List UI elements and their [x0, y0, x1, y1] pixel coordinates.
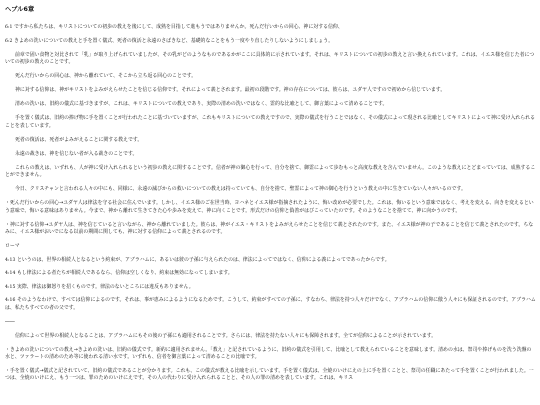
commentary-paragraph: 死んだ行いからの回心は、神から離れていて、そこから立ち返る回心のことです。 — [5, 73, 536, 80]
note-paragraph: ・きよめの洗いについての教え→きよめの洗いは、旧約の儀式です。新約に適用されませ… — [5, 347, 536, 362]
verse-4-13: 4:13 というのは、世界の相続人となるという約束が、アブラハムに、あるいは彼の… — [5, 257, 536, 264]
commentary-paragraph: 神に対する信仰は、神がキリストをよみがえらせたことを信じる信仰です。それによって… — [5, 87, 536, 94]
verse-number: 4:15 — [5, 285, 15, 290]
verse-text: ですから私たちは、キリストについての初歩の教えを後にして、成熟を目指して進もうで… — [12, 24, 342, 30]
note-paragraph: ・死んだ行いからの回心→ユダヤ人は律法を守る社会に住んでいます。しかし、イエス様… — [5, 200, 536, 215]
verse-4-15: 4:15 実際、律法は御怒りを招くものです。律法のないところには違反もありません… — [5, 284, 536, 291]
section-heading: ローマ — [5, 243, 536, 250]
commentary-paragraph: 清めの洗いは、旧約の儀式に基づきますが、これは、キリストについての教えであり、実… — [5, 101, 536, 108]
commentary-paragraph: 今日、クリスチャンと言われる人々の中にも、同様に、永遠の滅びからの救いについての… — [5, 186, 536, 193]
commentary-paragraph: 永遠の裁きは、神を信じない者が入る裁きのことです。 — [5, 151, 536, 158]
verse-4-14: 4:14 もし律法による者たちが相続人であるなら、信仰は空しくなり、約束は無効に… — [5, 270, 536, 277]
note-paragraph: ・手を置く儀式→儀式と記されていて、旧約の儀式であることが分かります。これも、こ… — [5, 368, 536, 383]
commentary-paragraph: 死者の復活は、死者がよみがえることに関する教えです。 — [5, 137, 536, 144]
commentary-paragraph: 信仰によって世界の相続人となることは、アブラハムにもその後の子孫にも適用されるこ… — [5, 333, 536, 340]
verse-text: そのようなわけで、すべては信仰によるのです。それは、事が恵みによるようになるため… — [5, 297, 536, 310]
verse-text: もし律法による者たちが相続人であるなら、信仰は空しくなり、約束は無効になってしま… — [15, 270, 232, 276]
chapter-title: ヘブル6章 — [5, 5, 536, 14]
verse-6-2: 6:2 きよめの洗いについての教えと手を置く儀式、死者の復活と永遠のさばきなど、… — [5, 38, 536, 45]
verse-number: 4:16 — [5, 298, 15, 303]
verse-4-16: 4:16 そのようなわけで、すべては信仰によるのです。それは、事が恵みによるよう… — [5, 297, 536, 312]
note-paragraph: ・神に対する信仰→ユダヤ人は、神を信じていると言いながら、神から離れていました。… — [5, 222, 536, 237]
commentary-paragraph: 手を置く儀式は、旧約の捧げ物に手を置くことが行われたことに基づいていますが、これ… — [5, 115, 536, 130]
commentary-paragraph: これらの教えは、いずれも、人が神に受け入れられるという初歩の教えに関することです… — [5, 165, 536, 180]
verse-text: 実際、律法は御怒りを招くものです。律法のないところには違反もありません。 — [15, 284, 193, 290]
separator: ―― — [5, 319, 536, 326]
document-page: ヘブル6章 6:1 ですから私たちは、キリストについての初歩の教えを後にして、成… — [0, 0, 540, 383]
commentary-paragraph: 前章で固い食物と対比されて「乳」が取り上げられていましたが、その乳がどのようなも… — [5, 52, 536, 67]
verse-text: というのは、世界の相続人となるという約束が、アブラハムに、あるいは彼の子孫に与え… — [15, 257, 389, 263]
verse-6-1: 6:1 ですから私たちは、キリストについての初歩の教えを後にして、成熟を目指して… — [5, 24, 536, 31]
verse-number: 4:13 — [5, 258, 15, 263]
verse-number: 4:14 — [5, 271, 15, 276]
verse-text: きよめの洗いについての教えと手を置く儀式、死者の復活と永遠のさばきなど、基礎的な… — [12, 38, 333, 44]
